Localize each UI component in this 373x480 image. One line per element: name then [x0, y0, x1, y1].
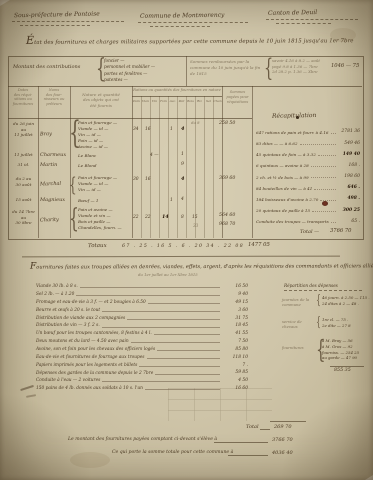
allied-total-amount: 269 70 [274, 424, 292, 431]
allied-lines: Viande 30 lb. à 8 s.16 50 Sel 2 lb. — à … [36, 282, 248, 392]
row-value: 34 [133, 127, 139, 133]
sum-line [330, 366, 364, 367]
sum-line [228, 455, 268, 456]
underline [12, 21, 124, 22]
leader [147, 358, 221, 359]
recap-text: Conduite des troupes — transports [256, 219, 329, 224]
leader [331, 222, 336, 223]
recap-amount: 198 60 [338, 174, 360, 180]
brace [69, 174, 77, 194]
row-supplier: Charmeux [40, 152, 70, 159]
leader [102, 311, 220, 312]
recap-line: 20 quintaux de paille à 15300 25 [256, 202, 360, 213]
row-value: 15 [192, 215, 198, 221]
leader [311, 177, 336, 178]
supply-line: Beurre et œufs à 20 s. le tout3 60 [36, 306, 248, 314]
table-line [132, 96, 222, 97]
supply-amount: 41 55 [222, 331, 248, 337]
recap-line: Conduite des troupes — transports65 . [256, 214, 360, 225]
repartition-total: 855 35 [334, 368, 351, 374]
row-items: Pain et fourrage — Viande — id — Vin — i… [78, 120, 132, 150]
sub-col-label: Avo [168, 99, 177, 116]
repartition-heading: Répartition des dépenses [284, 283, 368, 288]
row-value: 22 [145, 215, 151, 221]
supply-text: Deux moutons et du lard — 4.50 avec pain [36, 339, 129, 345]
recap-line: 647 rations de pain et fourr. à 4.162781… [256, 124, 360, 135]
row-value: 4 [181, 197, 184, 203]
row-items: Le Blanc [78, 153, 132, 158]
canton-field: Canton de Deuil [268, 8, 366, 18]
recap-text: 20 quintaux de paille à 15 [256, 208, 310, 213]
row-value: 30 [133, 177, 139, 183]
row-sum: 258 50 [219, 121, 249, 127]
supply-line: Distribution de viande aux 2 compagnies3… [36, 313, 248, 321]
page-corner [365, 475, 373, 480]
ink-blot [296, 116, 299, 119]
leader [157, 350, 220, 351]
row-sum: 564 60 [219, 213, 249, 219]
row-items: Pain et avoine — Viande et vin — Bois et… [78, 207, 132, 231]
recap-amount: 2781 36 [338, 129, 360, 135]
supply-amount: 7 . [222, 363, 248, 369]
column-line [38, 86, 39, 238]
supply-text: Avoine, son et foin pour les chevaux des… [36, 347, 155, 353]
leader [80, 287, 220, 288]
row-items: Bœuf — 1 [78, 198, 132, 203]
row-date: 11 juillet [10, 152, 37, 157]
supply-text: 150 pains de 4 lb. donnés aux soldats à … [36, 386, 143, 392]
sub-col-label: Riz [195, 99, 204, 116]
recap-lines: 647 rations de pain et fourr. à 4.162781… [256, 124, 360, 225]
leader [131, 342, 220, 343]
underline [150, 26, 210, 27]
underline [266, 19, 358, 20]
recap-line: 83 dites — — à 6.62549 46 [256, 135, 360, 146]
col-header-objects: Nature et quantité des objets qui ont ét… [72, 92, 130, 108]
row-date: 15 août [10, 197, 37, 202]
row-value: 16 [145, 127, 151, 133]
sub-col-label: Pail [177, 99, 186, 116]
recap-line: 2 ch. et ½ de bois — à 99198 60 [256, 169, 360, 180]
row-value: 4 [181, 126, 184, 133]
row-value: 1 [170, 198, 173, 204]
row-items: Le Blond [78, 163, 132, 168]
ink-smudge [26, 394, 36, 397]
row-value: 4 — [150, 153, 159, 159]
sub-col-label: Bois [186, 99, 195, 116]
repartition-group-lines: 46 journ. à 2.50 — 115 . 24 dites à 2 — … [322, 295, 370, 306]
leader [154, 334, 220, 335]
totals-values: 67 . 25 . 16 5 . 6 . 20 34 . 22 08 [122, 244, 246, 250]
col-header-rations: Rations ou quantités des fournitures en … [133, 88, 221, 93]
recap-text: 184 boisseaux d'avoine à 2.70 [256, 197, 318, 202]
allied-section-title: Fournitures faites aux troupes alliées e… [30, 260, 366, 273]
recap-text: 45 quintaux de foin — à 3.32 [256, 152, 316, 157]
recap-amount: 149 40 [338, 152, 360, 158]
contributions-label: Montant des contributions [13, 64, 97, 71]
supply-amount: 7 50 [222, 339, 248, 345]
col-header-names: Noms des four- nisseurs ou prêteurs [39, 88, 69, 106]
row-supplier: Marchal [40, 180, 70, 188]
recap-total-label: Total — [300, 229, 319, 236]
leader [155, 374, 220, 375]
row-supplier: Charity [40, 216, 70, 224]
supply-amount: 118 10 [222, 355, 248, 361]
sub-col-label: Vian [141, 99, 150, 116]
recap-line: 84 bouteilles de vin — à 41646 . [256, 180, 360, 191]
underline [284, 290, 362, 291]
repartition-group-lines: à M. Bray — 56 à M. Gros — 92 fourniss. … [322, 338, 370, 361]
supply-text: Papiers imprimés pour les logements et b… [36, 363, 137, 369]
row-value: 22 [133, 215, 139, 221]
row-value: 4 [181, 176, 184, 183]
sum-line [214, 442, 268, 443]
leader [300, 144, 336, 145]
row-value: 1 [181, 152, 184, 158]
recap-text: 647 rations de pain et fourr. à 4.16 [256, 130, 329, 135]
row-sum: 369 60 [219, 176, 249, 182]
recap-text: 83 dites — — à 6.62 [256, 141, 298, 146]
supply-line: Distribution de vin — 3 f. 2 s.18 45 [36, 321, 248, 329]
page-corner [0, 0, 10, 6]
sub-col-label: Vin [150, 99, 159, 116]
reimbursed-detail: savoir 4.16 à 8.2 — août payé 9.8 à 1.36… [272, 58, 332, 75]
supply-amount: 16 50 [222, 284, 248, 290]
recap-text: 2 ch. et ½ de bois — à 99 [256, 175, 309, 180]
leader [311, 166, 336, 167]
document-title: État des fournitures et charges militair… [26, 32, 366, 48]
closing-line1-amount: 3766 70 [272, 437, 293, 444]
underline [20, 25, 90, 26]
row-value: 14 [162, 214, 169, 220]
supply-amount: 31 75 [222, 316, 248, 322]
supply-line: Eau-de-vie et fournitures de fourrage au… [36, 353, 248, 361]
recap-total-amount: 3766 70 [330, 228, 362, 235]
supply-line: Avoine, son et foin pour les chevaux des… [36, 345, 248, 353]
supply-text: Dépenses des gardes de la commune depuis… [36, 371, 153, 377]
supply-amount: 59 85 [222, 370, 248, 376]
leader [148, 303, 220, 304]
row-date: 31 id. [10, 162, 37, 167]
supply-text: Distribution de vin — 3 f. 2 s. [36, 323, 100, 329]
supply-amount: 4 50 [222, 378, 248, 384]
supply-line: Sel 2 lb. — à 1.209 40 [36, 290, 248, 298]
supply-text: Beurre et œufs à 20 s. le tout [36, 308, 100, 314]
row-value: 16 [145, 177, 151, 183]
supply-text: Viande 30 lb. à 8 s. [36, 284, 78, 290]
recap-text: 6 quintaux — avoine à 28 [256, 163, 309, 168]
leader [76, 295, 220, 296]
row-value: 8 [181, 215, 184, 221]
underline [276, 23, 331, 24]
manuscript-page: Sous-préfecture de Pontoise Commune de M… [0, 0, 373, 480]
supply-line: Papiers imprimés pour les logements et b… [36, 360, 248, 368]
supply-amount: 3 60 [222, 308, 248, 314]
sum-line [260, 429, 270, 430]
row-value: 9 [181, 162, 184, 168]
row-note: du 8 [191, 121, 200, 126]
empty-ledger-grid [168, 388, 272, 421]
recap-amount: 549 46 [338, 141, 360, 147]
supply-line: Viande 30 lb. à 8 s.16 50 [36, 282, 248, 290]
column-line [186, 56, 187, 86]
leader [314, 189, 336, 190]
leader [331, 133, 336, 134]
leader [102, 381, 220, 382]
closing-line2-text: Ce qui porte la somme totale pour cette … [112, 450, 233, 456]
sub-col-label: Sel [204, 99, 213, 116]
reimbursed-note: Sommes remboursées par la commune du 10 … [190, 59, 264, 76]
supply-text: Un bœuf pour les troupes cantonnées, 8 f… [36, 331, 152, 337]
col-header-sums: Sommes payées pour réquisitions [224, 90, 251, 104]
paper-stain [70, 452, 110, 468]
closing-line2-amount: 4036 40 [272, 450, 293, 457]
row-supplier: Magnieux [40, 197, 70, 204]
row-date: du 26 juin au 11 juillet [10, 121, 37, 138]
sub-col-label: Foin [159, 99, 168, 116]
repartition-group-label: fournitures [282, 346, 316, 351]
recap-amount: 65 . [338, 219, 360, 225]
leader [312, 211, 336, 212]
row-date: du 14 7bre au 30 8bre [10, 209, 37, 226]
commune-field: Commune de Montmorency [140, 11, 264, 21]
recap-line: 45 quintaux de foin — à 3.32149 40 [256, 146, 360, 157]
supply-amount: 9 40 [222, 292, 248, 298]
ink-smudge [20, 385, 34, 391]
contributions-items: foncier — personnel et mobilier — portes… [104, 58, 180, 84]
recap-amount: 646 . [338, 185, 360, 191]
recap-heading: Récapitulation [272, 111, 356, 120]
recap-amount: 168 . [338, 163, 360, 169]
supply-amount: 85 80 [222, 347, 248, 353]
supply-text: Fromage et eau-de-vie à 3 f. — et 2 boug… [36, 300, 146, 306]
leader [102, 327, 220, 328]
row-value: 1 [170, 127, 173, 133]
row-items: Pain et fourrage — Viande — id — Vin — i… [78, 175, 132, 193]
table-line [8, 118, 252, 119]
supply-line: Dépenses des gardes de la commune depuis… [36, 368, 248, 376]
underline [138, 22, 248, 23]
brace [316, 294, 321, 307]
row-sum: 968 70 [219, 222, 249, 228]
row-supplier: Bray [40, 130, 70, 138]
row-supplier: Martin [40, 162, 70, 169]
totals-label: Totaux [88, 243, 107, 250]
allied-section-subtitle: du 1er juillet au 1er Xbre 1815 [138, 273, 198, 278]
reimbursed-amount: 1046 — 75 [331, 63, 363, 70]
leader [318, 155, 336, 156]
row-date: du 2 au 30 août [10, 176, 37, 187]
recap-line: 6 quintaux — avoine à 28168 . [256, 158, 360, 169]
col-header-dates: Dates des réqui- sitions ou fournitures [9, 88, 37, 106]
row-note: 33 [193, 223, 198, 228]
supply-amount: 18 45 [222, 323, 248, 329]
paper-stain [330, 28, 356, 42]
sub-col-label: Chan [213, 99, 222, 116]
sub-col-label: Pain [132, 99, 141, 116]
leader [139, 366, 220, 367]
sum-line [270, 421, 306, 422]
closing-line1-text: Le montant des fournitures payées compta… [68, 437, 217, 443]
supply-text: Sel 2 lb. — à 1.20 [36, 292, 74, 298]
totals-sum: 1477 05 [248, 242, 270, 249]
recap-amount: 498 . [338, 196, 360, 202]
ink-blot [322, 201, 328, 206]
supply-line: Deux moutons et du lard — 4.50 avec pain… [36, 337, 248, 345]
supply-text: Distribution de viande aux 2 compagnies [36, 316, 125, 322]
recap-text: 84 bouteilles de vin — à 41 [256, 186, 312, 191]
supply-line: Fromage et eau-de-vie à 3 f. — et 2 boug… [36, 298, 248, 306]
column-line [252, 86, 253, 238]
supply-amount: 49 15 [222, 300, 248, 306]
supply-line: Un bœuf pour les troupes cantonnées, 8 f… [36, 329, 248, 337]
supply-text: Eau-de-vie et fournitures de fourrage au… [36, 355, 145, 361]
repartition-group-lines: 1re cl. — 75 . 2e dite — 27 8 [322, 317, 370, 328]
leader [127, 319, 220, 320]
repartition-group-label: journées de la commune [282, 298, 316, 308]
supply-text: Conduite à l'eau — 2 voitures [36, 378, 100, 384]
supply-line: Conduite à l'eau — 2 voitures4 50 [36, 376, 248, 384]
table-line [8, 86, 362, 87]
recap-amount: 300 25 [338, 208, 360, 214]
allied-total-label: Total [246, 424, 259, 431]
repartition-group-label: service de chevaux [282, 320, 316, 330]
divider-line [22, 256, 340, 258]
recap-line: 184 boisseaux d'avoine à 2.70498 . [256, 191, 360, 202]
brace [316, 316, 321, 329]
subprefecture-field: Sous-préfecture de Pontoise [14, 10, 134, 20]
